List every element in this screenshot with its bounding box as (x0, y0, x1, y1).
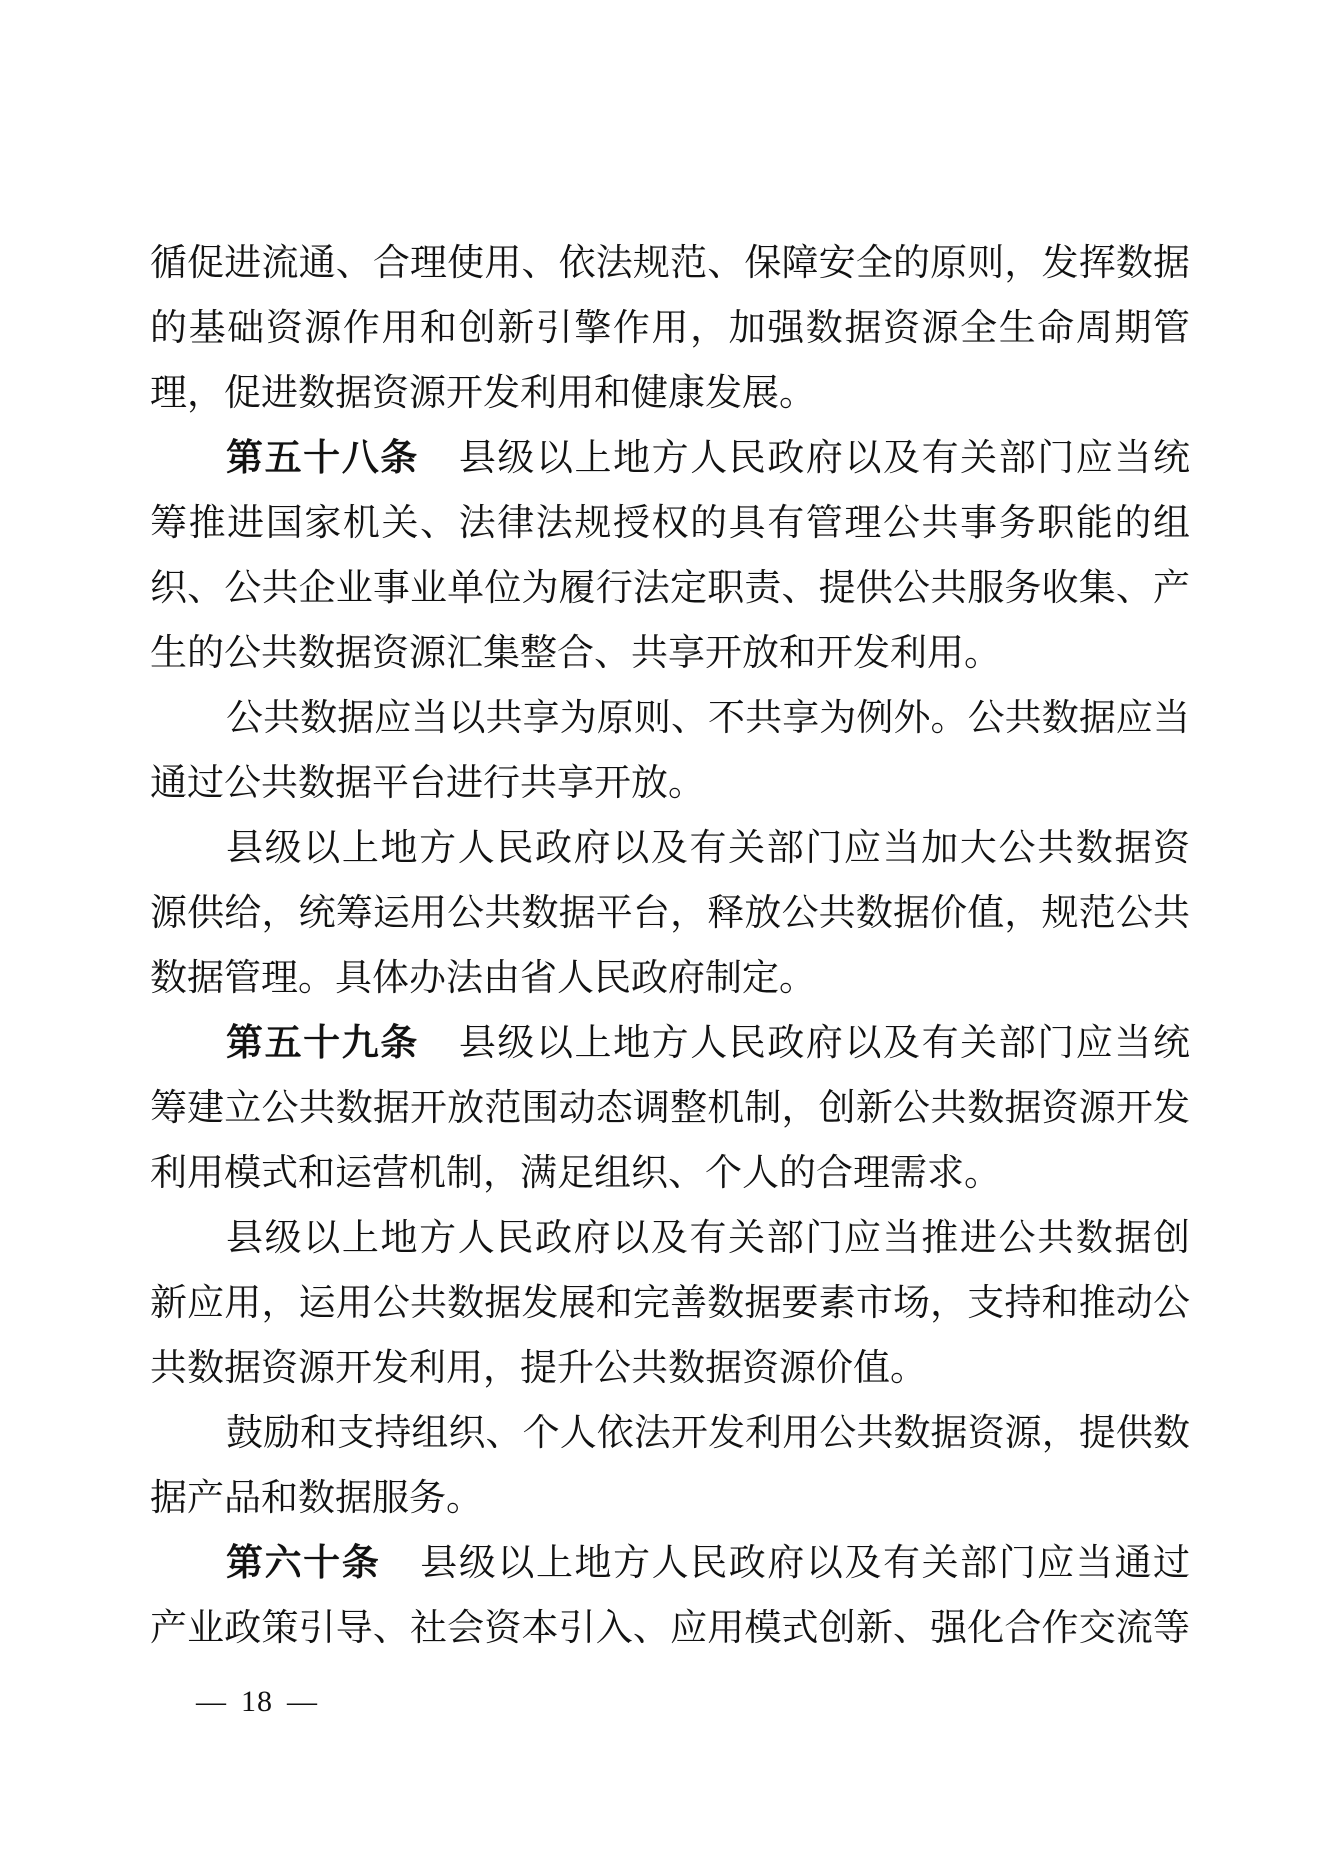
paragraph: 循促进流通、合理使用、依法规范、保障安全的原则，发挥数据 的基础资源作用和创新引… (150, 231, 1190, 426)
text-line: 生的公共数据资源汇集整合、共享开放和开发利用。 (150, 621, 1190, 686)
paragraph: 县级以上地方人民政府以及有关部门应当推进公共数据创 新应用，运用公共数据发展和完… (150, 1206, 1190, 1401)
text-line: 鼓励和支持组织、个人依法开发利用公共数据资源，提供数 (150, 1401, 1190, 1466)
page-footer: —18— (196, 1681, 318, 1723)
text-line: 织、公共企业事业单位为履行法定职责、提供公共服务收集、产 (150, 556, 1190, 621)
paragraph: 鼓励和支持组织、个人依法开发利用公共数据资源，提供数 据产品和数据服务。 (150, 1401, 1190, 1531)
text-line: 产业政策引导、社会资本引入、应用模式创新、强化合作交流等 (150, 1596, 1190, 1661)
article-text: 县级以上地方人民政府以及有关部门应当统 (459, 438, 1190, 479)
text-line: 循促进流通、合理使用、依法规范、保障安全的原则，发挥数据 (150, 231, 1190, 296)
text-line: 据产品和数据服务。 (150, 1466, 1190, 1531)
paragraph-article-59: 第五十九条县级以上地方人民政府以及有关部门应当统 筹建立公共数据开放范围动态调整… (150, 1011, 1190, 1206)
text-line: 数据管理。具体办法由省人民政府制定。 (150, 946, 1190, 1011)
paragraph-article-60: 第六十条县级以上地方人民政府以及有关部门应当通过 产业政策引导、社会资本引入、应… (150, 1531, 1190, 1661)
paragraph: 县级以上地方人民政府以及有关部门应当加大公共数据资 源供给，统筹运用公共数据平台… (150, 816, 1190, 1011)
text-line: 第六十条县级以上地方人民政府以及有关部门应当通过 (150, 1531, 1190, 1596)
text-line: 新应用，运用公共数据发展和完善数据要素市场，支持和推动公 (150, 1271, 1190, 1336)
article-number: 第六十条 (226, 1543, 380, 1584)
text-line: 共数据资源开发利用，提升公共数据资源价值。 (150, 1336, 1190, 1401)
text-line: 第五十八条县级以上地方人民政府以及有关部门应当统 (150, 426, 1190, 491)
text-line: 公共数据应当以共享为原则、不共享为例外。公共数据应当 (150, 686, 1190, 751)
document-page: 循促进流通、合理使用、依法规范、保障安全的原则，发挥数据 的基础资源作用和创新引… (0, 0, 1323, 1871)
footer-dash-left: — (196, 1685, 227, 1718)
text-line: 县级以上地方人民政府以及有关部门应当加大公共数据资 (150, 816, 1190, 881)
text-line: 通过公共数据平台进行共享开放。 (150, 751, 1190, 816)
text-line: 筹建立公共数据开放范围动态调整机制，创新公共数据资源开发 (150, 1076, 1190, 1141)
text-line: 第五十九条县级以上地方人民政府以及有关部门应当统 (150, 1011, 1190, 1076)
text-line: 理，促进数据资源开发利用和健康发展。 (150, 361, 1190, 426)
document-body: 循促进流通、合理使用、依法规范、保障安全的原则，发挥数据 的基础资源作用和创新引… (150, 231, 1190, 1661)
text-line: 县级以上地方人民政府以及有关部门应当推进公共数据创 (150, 1206, 1190, 1271)
article-text: 县级以上地方人民政府以及有关部门应当统 (459, 1023, 1190, 1064)
text-line: 的基础资源作用和创新引擎作用，加强数据资源全生命周期管 (150, 296, 1190, 361)
article-text: 县级以上地方人民政府以及有关部门应当通过 (420, 1543, 1190, 1584)
article-number: 第五十八条 (226, 438, 419, 479)
text-line: 利用模式和运营机制，满足组织、个人的合理需求。 (150, 1141, 1190, 1206)
paragraph: 公共数据应当以共享为原则、不共享为例外。公共数据应当 通过公共数据平台进行共享开… (150, 686, 1190, 816)
text-line: 筹推进国家机关、法律法规授权的具有管理公共事务职能的组 (150, 491, 1190, 556)
paragraph-article-58: 第五十八条县级以上地方人民政府以及有关部门应当统 筹推进国家机关、法律法规授权的… (150, 426, 1190, 686)
footer-dash-right: — (287, 1685, 318, 1718)
page-number: 18 (241, 1685, 273, 1718)
article-number: 第五十九条 (226, 1023, 419, 1064)
text-line: 源供给，统筹运用公共数据平台，释放公共数据价值，规范公共 (150, 881, 1190, 946)
